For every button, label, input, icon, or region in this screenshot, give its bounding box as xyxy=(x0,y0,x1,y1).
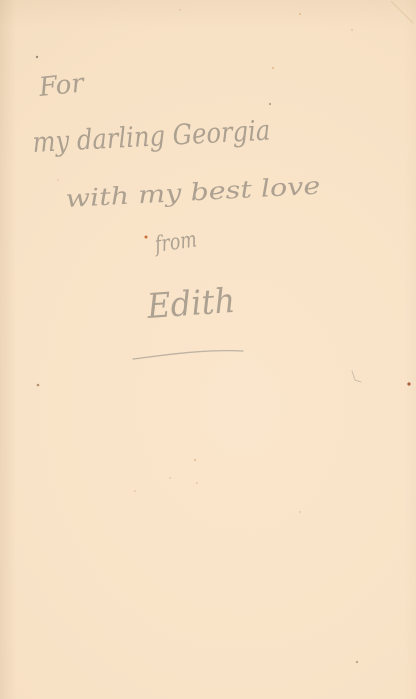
inscription-signature-edith: Edith xyxy=(145,281,237,327)
inscription-line-sentiment: with my best love xyxy=(65,172,321,213)
foxing-spot xyxy=(36,56,38,58)
stray-pencil-mark xyxy=(352,371,361,382)
foxing-spot xyxy=(269,103,271,105)
signature-underline-flourish xyxy=(133,351,243,359)
foxing-spot xyxy=(57,179,59,181)
foxing-spot xyxy=(196,482,198,484)
inscription-line-recipient: my darling Georgia xyxy=(32,114,271,159)
pencil-inscription-layer: For my darling Georgia with my best love… xyxy=(0,0,416,699)
foxing-spot xyxy=(179,9,181,11)
paper-crease xyxy=(391,1,413,23)
foxing-spot xyxy=(351,29,353,31)
foxing-spot xyxy=(356,661,358,663)
foxing-specks xyxy=(36,9,411,663)
foxing-spot xyxy=(299,511,301,513)
foxing-spot xyxy=(37,384,40,387)
foxing-spot xyxy=(407,382,410,385)
foxing-spot xyxy=(272,67,274,69)
foxing-spot xyxy=(194,459,196,461)
inscription-line-from: from xyxy=(152,227,199,258)
book-endpaper-page: For my darling Georgia with my best love… xyxy=(0,0,416,699)
inscription-line-for: For xyxy=(37,68,87,103)
foxing-spot xyxy=(145,236,148,239)
foxing-spot xyxy=(134,490,136,492)
foxing-spot xyxy=(299,13,301,15)
foxing-spot xyxy=(169,477,171,479)
